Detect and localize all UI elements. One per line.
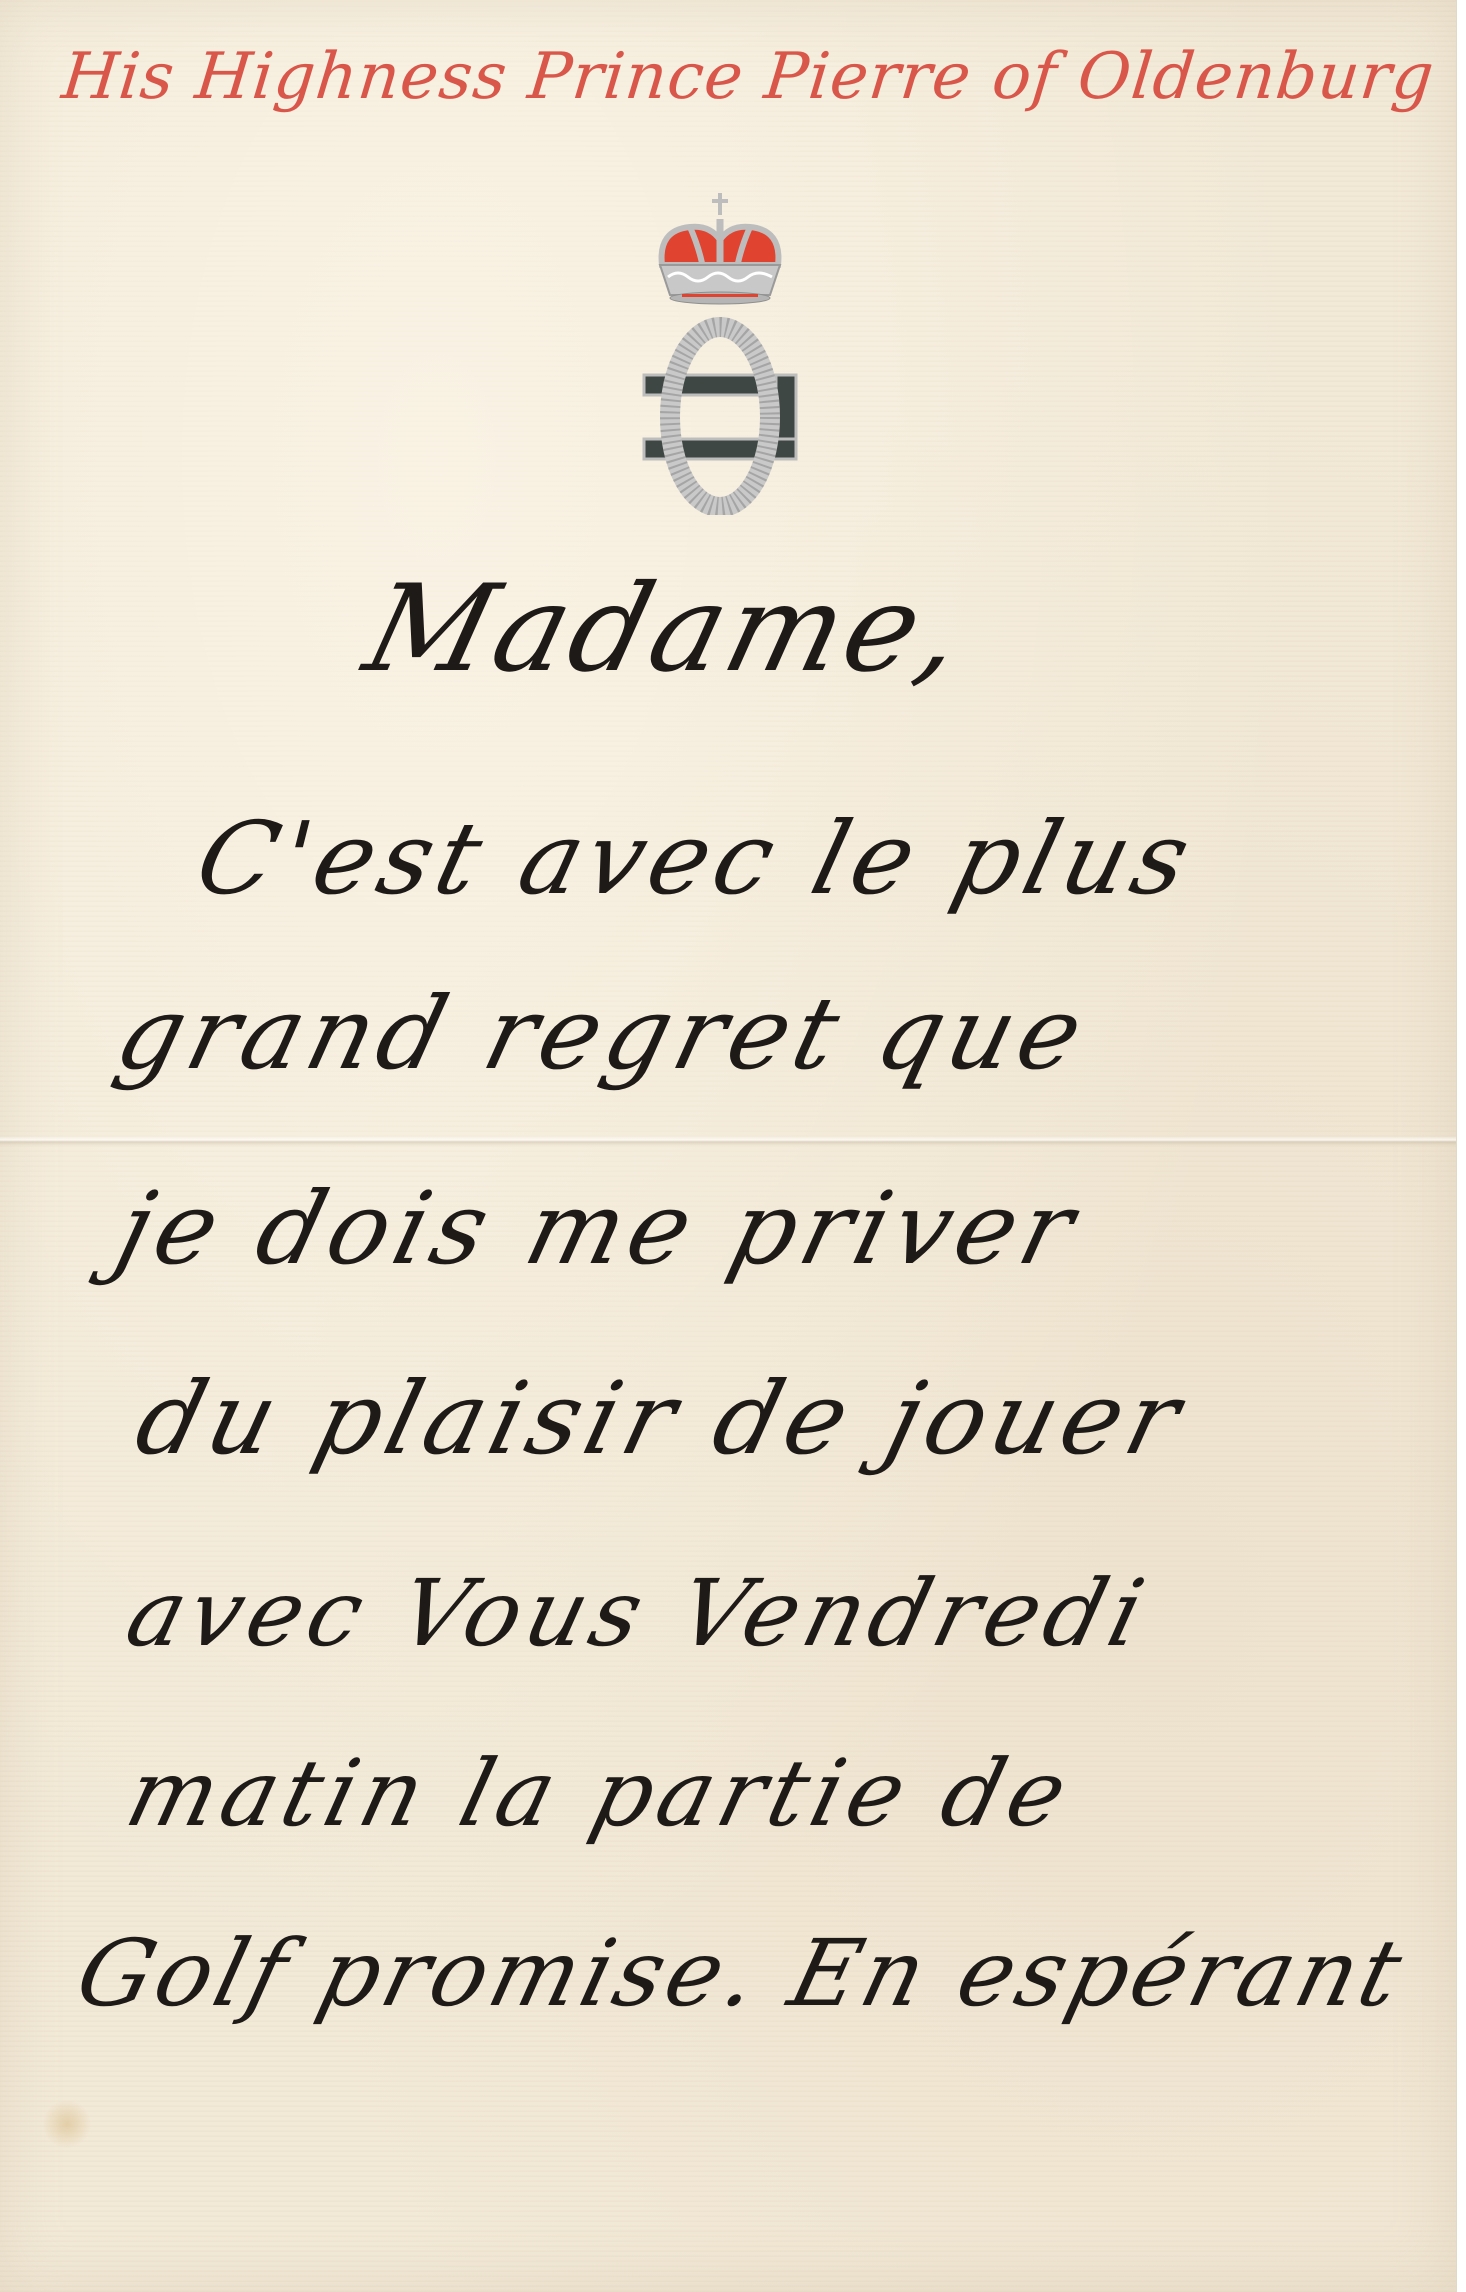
crown-icon — [660, 193, 780, 304]
letterhead-title: His Highness Prince Pierre of Oldenburg — [54, 40, 1447, 160]
fold-crease — [0, 1136, 1456, 1146]
crown-monogram-icon — [620, 185, 820, 515]
letter-line: C'est avec le plus — [185, 800, 1206, 917]
letter-line: je dois me priver — [105, 1170, 1091, 1287]
monogram-o-ring — [670, 327, 770, 507]
paper-stain — [42, 2100, 92, 2148]
letter-line: Golf promise. En espérant — [67, 1920, 1416, 2027]
letter-line: avec Vous Vendredi — [117, 1560, 1160, 1667]
salutation: Madame, — [353, 560, 981, 699]
letter-line: matin la partie de — [117, 1740, 1083, 1847]
letter-sheet: His Highness Prince Pierre of Oldenburg — [0, 0, 1457, 2292]
letter-line: du plaisir de jouer — [125, 1360, 1196, 1477]
crest — [620, 185, 820, 515]
letter-line: grand regret que — [105, 975, 1099, 1092]
